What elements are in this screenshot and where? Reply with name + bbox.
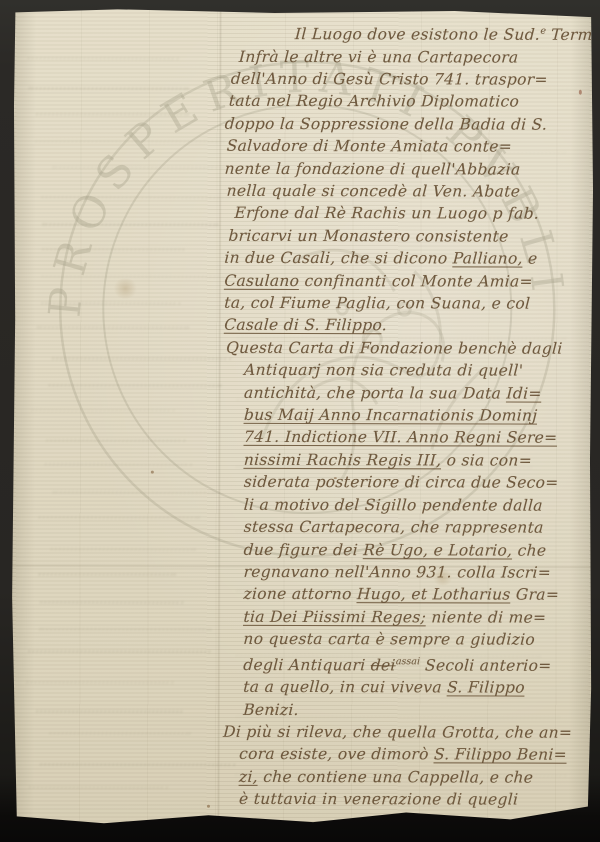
- bleed-line: [41, 755, 237, 766]
- manuscript-segment: bus Maij Anno Incarnationis Dominj: [244, 406, 538, 425]
- bleed-line: [52, 483, 218, 493]
- bleed-through-right: [13, 8, 594, 10]
- bleed-line: [48, 376, 222, 386]
- manuscript-line: Di più si rileva, che quella Grotta, che…: [223, 721, 590, 744]
- manuscript-segment: Erfone dal Rè Rachis un Luogo p fab.: [234, 204, 540, 223]
- bleed-line: [39, 620, 213, 630]
- bleed-line: [36, 702, 183, 712]
- manuscript-line: Casale di S. Filippo.: [224, 314, 591, 337]
- bleed-line: [28, 80, 189, 90]
- bleed-line: [40, 594, 184, 604]
- manuscript-segment: 741. Indictione VII. Anno Regni Sere=: [243, 428, 558, 447]
- manuscript-line: siderata posteriore di circa due Seco=: [243, 471, 590, 494]
- manuscript-line: li a motivo del Sigillo pendente dalla: [243, 494, 590, 517]
- ink-speck: [151, 471, 154, 474]
- manuscript-segment: dell'Anno di Gesù Cristo 741. traspor=: [230, 70, 548, 89]
- manuscript-line: Casulano confinanti col Monte Amia=: [224, 269, 591, 292]
- fox-stain: [112, 279, 138, 299]
- bleed-line: [36, 318, 189, 328]
- bleed-line: [36, 106, 190, 116]
- manuscript-segment: confinanti col Monte Amia=: [299, 272, 534, 291]
- manuscript-line: zione attorno Hugo, et Lotharius Gra=: [243, 583, 590, 606]
- manuscript-segment: nissimi Rachis Regis III,: [243, 451, 442, 470]
- bleed-line: [51, 540, 197, 550]
- manuscript-line: ta a quello, in cui viveva S. Filippo: [243, 676, 590, 699]
- manuscript-line: Erfone dal Rè Rachis un Luogo p fab.: [234, 202, 591, 225]
- bleed-line: [49, 725, 191, 735]
- manuscript-segment: assai: [396, 656, 421, 667]
- manuscript-line: degli Antiquari deiassai Secoli anterio=: [243, 650, 590, 676]
- bleed-line: [42, 267, 229, 277]
- manuscript-line: Antiquarj non sia creduta di quell': [244, 359, 591, 382]
- ink-speck: [271, 709, 274, 712]
- manuscript-segment: è tuttavia in venerazione di quegli: [239, 790, 519, 809]
- manuscript-line: Il Luogo dove esistono le Sud.e Terme,: [294, 20, 591, 46]
- manuscript-line: stessa Cartapecora, che rappresenta: [243, 516, 590, 539]
- manuscript-line: bricarvi un Monastero consistente: [228, 225, 591, 248]
- manuscript-segment: zione attorno: [243, 585, 357, 603]
- paper-sheet: PROSPERITATI PVBLICAE Il Luogo dove esis…: [11, 8, 594, 828]
- manuscript-line: Infrà le altre vi è una Cartapecora: [238, 45, 591, 68]
- manuscript-segment: regnavano nell'Anno 931. colla Iscri=: [243, 563, 551, 582]
- manuscript-segment: doppo la Soppressione della Badia di S.: [224, 115, 547, 134]
- manuscript-segment: ta a quello, in cui viveva: [243, 678, 448, 697]
- manuscript-segment: Gra=: [510, 586, 559, 604]
- manuscript-segment: ta, col Fiume Paglia, con Suana, e col: [224, 294, 531, 313]
- manuscript-line: antichità, che porta la sua Data Idi=: [243, 382, 590, 405]
- bleed-line: [46, 431, 186, 441]
- manuscript-segment: stessa Cartapecora, che rappresenta: [243, 518, 544, 537]
- manuscript-segment: bricarvi un Monastero consistente: [228, 227, 509, 246]
- manuscript-segment: Di più si rileva, che quella Grotta, che…: [223, 723, 573, 742]
- manuscript-line: 741. Indictione VII. Anno Regni Sere=: [243, 426, 590, 449]
- manuscript-segment: S. Filippo Beni=: [433, 746, 567, 764]
- ink-speck: [207, 805, 210, 808]
- bleed-line: [52, 158, 225, 168]
- bleed-line: [35, 132, 225, 142]
- manuscript-line: tata nel Regio Archivio Diplomatico: [228, 90, 591, 113]
- manuscript-segment: due figure dei: [243, 540, 364, 558]
- fox-stain: [432, 569, 454, 585]
- manuscript-segment: che: [512, 541, 547, 559]
- bleed-line: [51, 349, 232, 359]
- ink-speck: [334, 477, 337, 479]
- manuscript-line: nella quale si concedè al Ven. Abate: [226, 180, 591, 203]
- manuscript-line: no questa carta è sempre a giudizio: [243, 628, 590, 651]
- manuscript-segment: S. Filippo: [447, 678, 526, 696]
- manuscript-line: doppo la Soppressione della Badia di S.: [224, 113, 591, 136]
- manuscript-line: Salvadore di Monte Amiata conte=: [226, 135, 591, 158]
- manuscript-segment: Casale di S. Filippo: [224, 316, 383, 334]
- bleed-line: [38, 509, 201, 519]
- manuscript-segment: Antiquarj non sia creduta di quell': [244, 361, 524, 380]
- manuscript-segment: dei: [370, 656, 396, 674]
- manuscript-segment: nente la fondazione di quell'Abbazia: [224, 159, 521, 178]
- manuscript-segment: Questa Carta di Fondazione benchè dagli: [226, 339, 563, 358]
- manuscript-segment: Il Luogo dove esistono le Sud.: [294, 25, 540, 44]
- manuscript-segment: degli Antiquari: [243, 656, 371, 674]
- bleed-line: [44, 455, 193, 465]
- manuscript-line: tia Dei Piissimi Reges; niente di me=: [243, 606, 590, 629]
- manuscript-segment: antichità, che porta la sua Data: [244, 384, 507, 403]
- bleed-line: [42, 294, 182, 304]
- bleed-through-left: [13, 8, 594, 10]
- manuscript-segment: tata nel Regio Archivio Diplomatico: [228, 92, 519, 111]
- manuscript-segment: li a motivo del Sigillo pendente dalla: [243, 496, 543, 515]
- bleed-line: [27, 673, 175, 683]
- manuscript-segment: Terme,: [545, 26, 600, 44]
- bleed-line: [29, 778, 170, 788]
- bleed-line: [42, 240, 186, 250]
- manuscript-segment: in due Casali, che si dicono: [224, 249, 453, 268]
- ink-speck: [579, 90, 582, 95]
- manuscript-line: dell'Anno di Gesù Cristo 741. traspor=: [230, 68, 591, 91]
- manuscript-segment: Infrà le altre vi è una Cartapecora: [238, 47, 519, 66]
- manuscript-segment: e: [522, 250, 538, 268]
- manuscript-segment: Idi=: [506, 384, 542, 402]
- manuscript-segment: Secoli anterio=: [419, 656, 552, 674]
- manuscript-segment: tia Dei Piissimi Reges;: [243, 608, 427, 626]
- manuscript-line: zi, che contiene una Cappella, e che: [238, 766, 589, 789]
- manuscript-line: Questa Carta di Fondazione benchè dagli: [226, 337, 591, 360]
- manuscript-segment: Hugo, et Lotharius: [356, 585, 511, 603]
- manuscript-segment: nella quale si concedè al Ven. Abate: [226, 182, 521, 201]
- manuscript-line: bus Maij Anno Incarnationis Dominj: [243, 404, 590, 427]
- manuscript-segment: no questa carta è sempre a giudizio: [243, 630, 536, 649]
- manuscript-segment: Salvadore di Monte Amiata conte=: [226, 137, 512, 156]
- manuscript-line: nissimi Rachis Regis III, o sia con=: [243, 449, 590, 472]
- manuscript-line: in due Casali, che si dicono Palliano, e: [224, 247, 591, 270]
- manuscript-line: ta, col Fiume Paglia, con Suana, e col: [224, 292, 591, 315]
- bleed-line: [28, 643, 212, 653]
- bleed-line: [41, 188, 232, 198]
- manuscript-line: nente la fondazione di quell'Abbazia: [224, 157, 591, 180]
- manuscript-line: è tuttavia in venerazione di quegli: [238, 788, 589, 811]
- manuscript-segment: cora esiste, ove dimorò: [239, 745, 435, 764]
- manuscript-segment: .: [381, 317, 387, 335]
- scan-background: PROSPERITATI PVBLICAE Il Luogo dove esis…: [0, 0, 600, 842]
- manuscript-segment: zi,: [239, 768, 259, 786]
- manuscript-line: cora esiste, ove dimorò S. Filippo Beni=: [239, 743, 590, 766]
- bleed-line: [42, 215, 220, 225]
- bleed-line: [31, 402, 175, 412]
- manuscript-line: due figure dei Rè Ugo, e Lotario, che: [243, 538, 590, 561]
- manuscript-segment: o sia con=: [441, 451, 533, 469]
- manuscript-segment: che contiene una Cappella, e che: [258, 768, 534, 787]
- manuscript-text: Il Luogo dove esistono le Sud.e Terme,In…: [223, 20, 591, 811]
- manuscript-segment: Casulano: [224, 271, 300, 289]
- bleed-line: [27, 49, 179, 59]
- manuscript-line: regnavano nell'Anno 931. colla Iscri=: [243, 561, 590, 584]
- manuscript-segment: siderata posteriore di circa due Seco=: [243, 473, 559, 492]
- manuscript-segment: Palliano,: [452, 250, 523, 268]
- manuscript-segment: niente di me=: [426, 608, 547, 626]
- manuscript-segment: Rè Ugo, e Lotario,: [363, 541, 513, 559]
- manuscript-line: Benizi.: [243, 698, 590, 721]
